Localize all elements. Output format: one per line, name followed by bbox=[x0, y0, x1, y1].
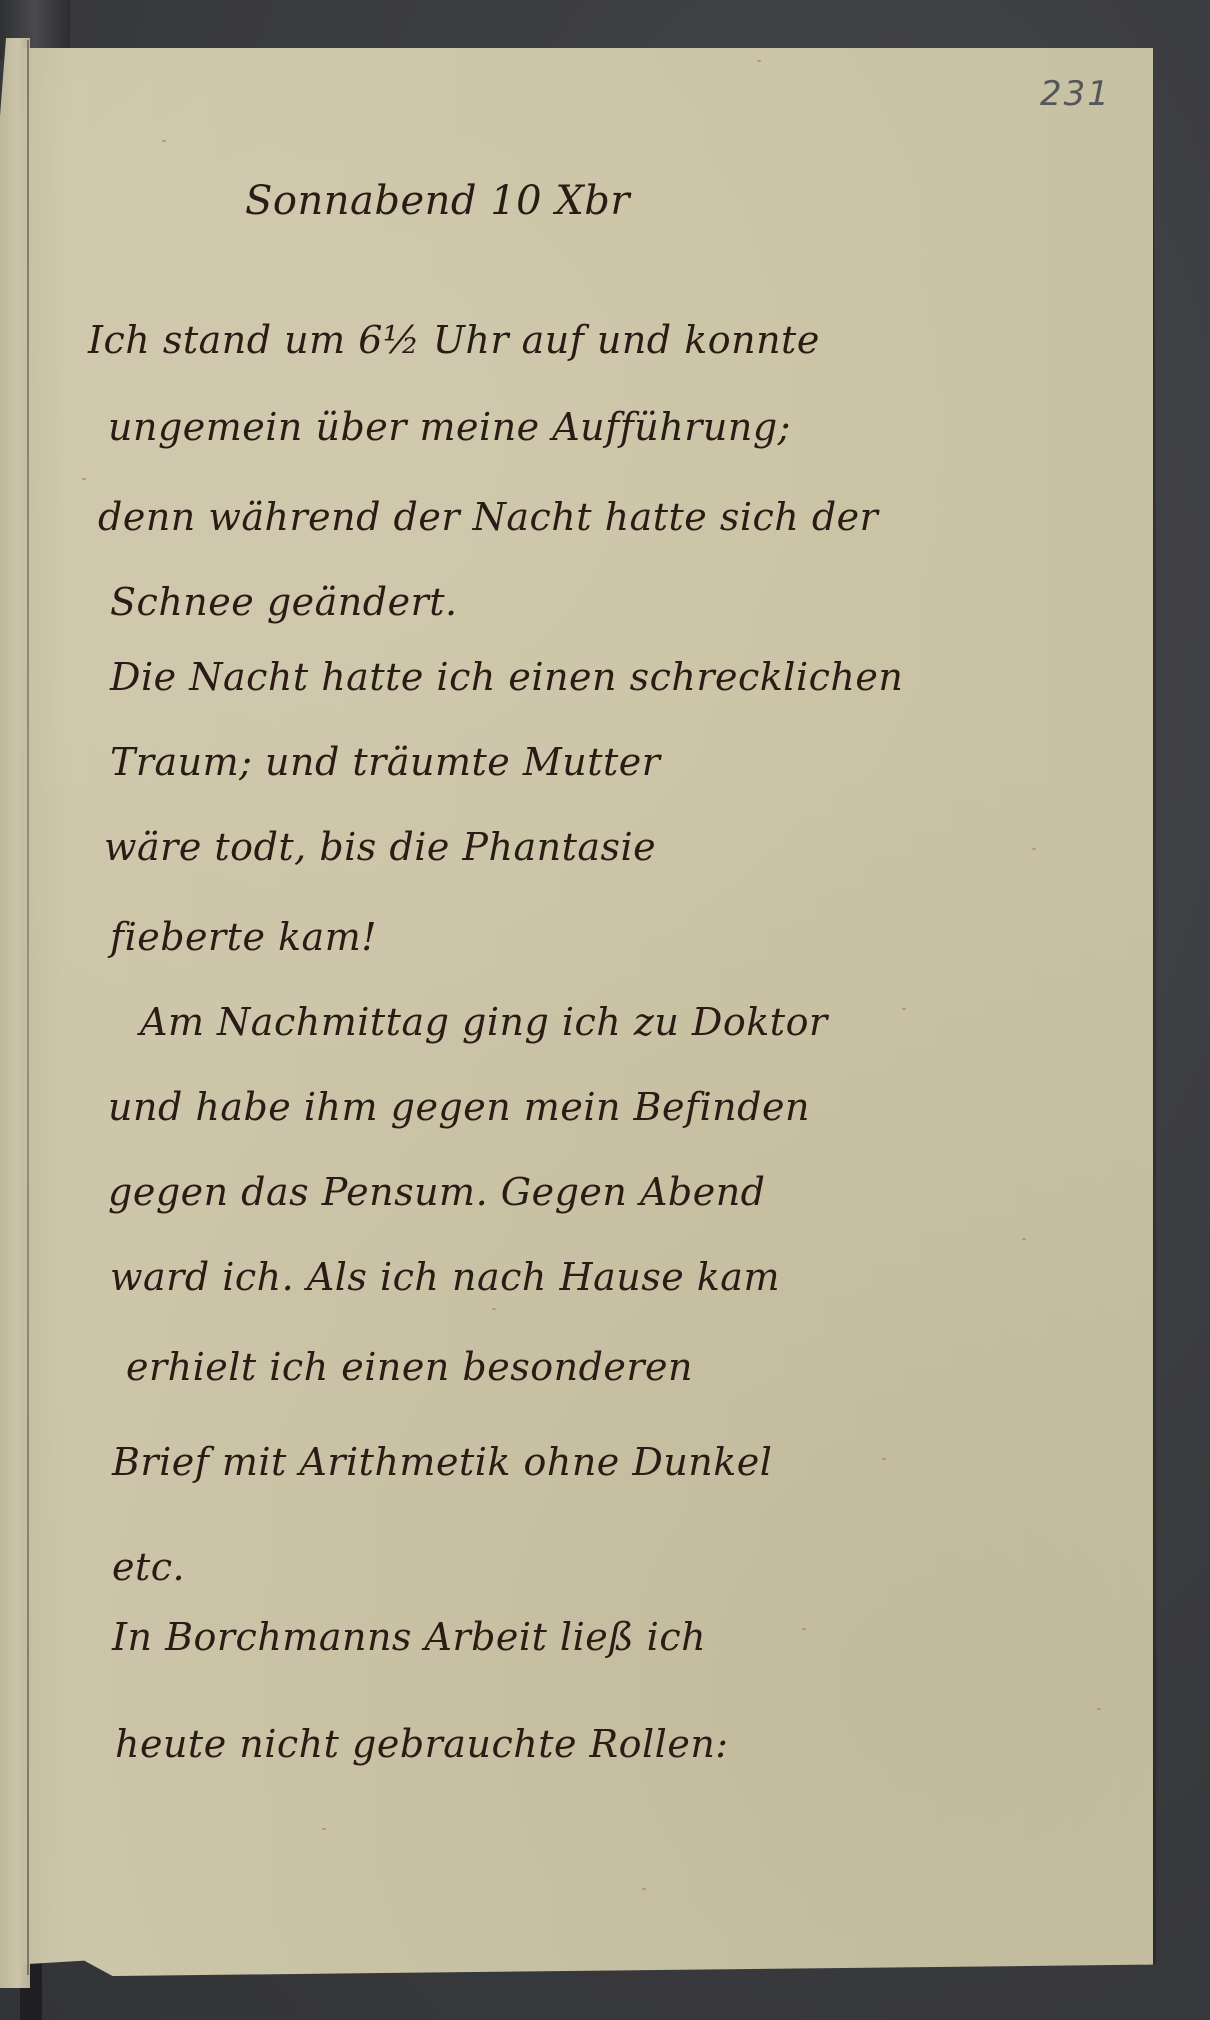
manuscript-line: ungemein über meine Aufführung; bbox=[108, 405, 791, 449]
paper-speck bbox=[642, 1888, 646, 1890]
manuscript-line: In Borchmanns Arbeit ließ ich bbox=[112, 1615, 706, 1659]
manuscript-line: ward ich. Als ich nach Hause kam bbox=[110, 1255, 780, 1299]
paper-speck bbox=[802, 1628, 806, 1630]
manuscript-line: Schnee geändert. bbox=[110, 580, 458, 624]
paper-speck bbox=[162, 140, 166, 142]
manuscript-line: gegen das Pensum. Gegen Abend bbox=[108, 1170, 766, 1214]
manuscript-line: denn während der Nacht hatte sich der bbox=[98, 495, 878, 539]
paper-speck bbox=[82, 478, 86, 480]
manuscript-line: Die Nacht hatte ich einen schrecklichen bbox=[110, 655, 903, 699]
paper-speck bbox=[322, 1828, 326, 1830]
manuscript-line: etc. bbox=[112, 1545, 185, 1589]
manuscript-line: und habe ihm gegen mein Befinden bbox=[108, 1085, 810, 1129]
manuscript-line: heute nicht gebrauchte Rollen: bbox=[115, 1722, 729, 1766]
paper-speck bbox=[492, 1308, 496, 1310]
manuscript-line: erhielt ich einen besonderen bbox=[126, 1345, 693, 1389]
manuscript-line: Traum; und träumte Mutter bbox=[110, 740, 660, 784]
folio-number: 231 bbox=[1040, 74, 1111, 114]
paper-speck bbox=[1022, 1238, 1026, 1240]
manuscript-line: wäre todt, bis die Phantasie bbox=[104, 825, 656, 869]
paper-speck bbox=[1032, 848, 1036, 850]
entry-heading: Sonnabend 10 Xbr bbox=[245, 178, 630, 224]
paper-speck bbox=[757, 60, 761, 62]
manuscript-line: Brief mit Arithmetik ohne Dunkel bbox=[112, 1440, 772, 1484]
paper-speck bbox=[1097, 1708, 1101, 1710]
gutter-fold-line bbox=[27, 40, 29, 1975]
manuscript-line: Am Nachmittag ging ich zu Doktor bbox=[140, 1000, 828, 1044]
paper-speck bbox=[882, 1458, 886, 1460]
manuscript-line: Ich stand um 6½ Uhr auf und konnte bbox=[88, 318, 820, 362]
paper-speck bbox=[902, 1008, 906, 1010]
manuscript-line: fieberte kam! bbox=[110, 915, 377, 959]
